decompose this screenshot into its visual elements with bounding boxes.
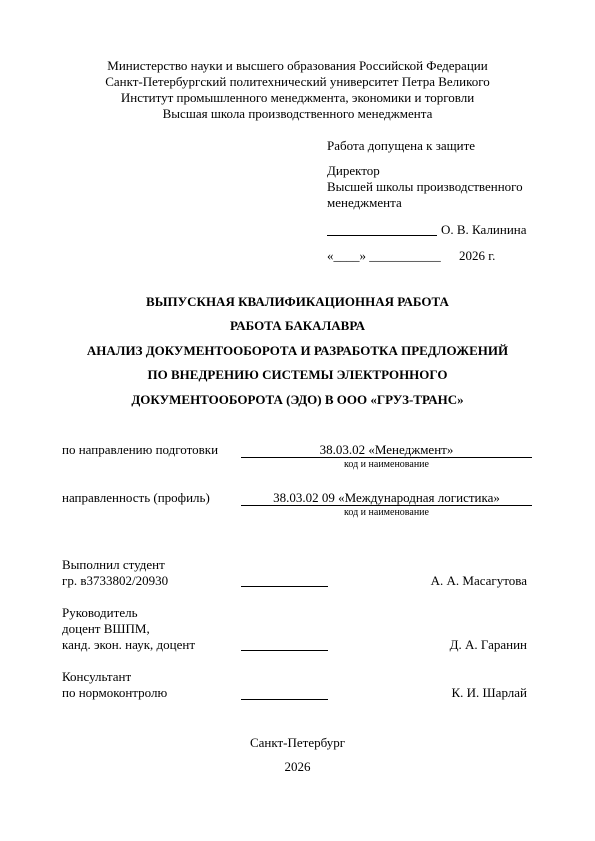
student-name: А. А. Масагутова: [380, 573, 527, 589]
profile-value: 38.03.02 09 «Международная логистика»: [241, 490, 532, 506]
profile-label: направленность (профиль): [62, 490, 210, 506]
direction-value: 38.03.02 «Менеджмент»: [241, 442, 532, 458]
consultant-name: К. И. Шарлай: [380, 685, 527, 701]
thesis-title-line1: АНАЛИЗ ДОКУМЕНТООБОРОТА И РАЗРАБОТКА ПРЕ…: [0, 339, 595, 364]
supervisor-signature-line: [241, 636, 328, 651]
supervisor-position: доцент ВШПМ,: [62, 621, 150, 637]
direction-hint: код и наименование: [241, 459, 532, 470]
approval-date-year: 2026 г.: [459, 248, 495, 264]
supervisor-degree: канд. экон. наук, доцент: [62, 637, 195, 653]
consultant-signature-line: [241, 685, 328, 700]
university-line: Санкт-Петербургский политехнический унив…: [0, 74, 595, 90]
director-unit-line1: Высшей школы производственного: [327, 179, 523, 195]
consultant-area: по нормоконтролю: [62, 685, 167, 701]
student-group: гр. в3733802/20930: [62, 573, 168, 589]
direction-label: по направлению подготовки: [62, 442, 218, 458]
consultant-role: Консультант: [62, 669, 131, 685]
admitted-text: Работа допущена к защите: [327, 138, 475, 154]
city: Санкт-Петербург: [0, 735, 595, 751]
director-position: Директор: [327, 163, 380, 179]
institute-line: Институт промышленного менеджмента, экон…: [0, 90, 595, 106]
supervisor-name: Д. А. Гаранин: [380, 637, 527, 653]
director-unit-line2: менеджмента: [327, 195, 402, 211]
year: 2026: [0, 759, 595, 775]
student-signature-line: [241, 572, 328, 587]
thesis-title-line3: ДОКУМЕНТООБОРОТА (ЭДО) В ООО «ГРУЗ-ТРАНС…: [0, 388, 595, 413]
director-signature-line: [327, 222, 437, 236]
director-name: О. В. Калинина: [441, 222, 527, 238]
approval-date-blank: «____» ___________: [327, 248, 441, 264]
degree-type: РАБОТА БАКАЛАВРА: [0, 314, 595, 339]
work-type: ВЫПУСКНАЯ КВАЛИФИКАЦИОННАЯ РАБОТА: [0, 290, 595, 315]
thesis-title-line2: ПО ВНЕДРЕНИЮ СИСТЕМЫ ЭЛЕКТРОННОГО: [0, 363, 595, 388]
ministry-line: Министерство науки и высшего образования…: [0, 58, 595, 74]
supervisor-role: Руководитель: [62, 605, 138, 621]
school-line: Высшая школа производственного менеджмен…: [0, 106, 595, 122]
profile-hint: код и наименование: [241, 507, 532, 518]
student-role: Выполнил студент: [62, 557, 165, 573]
